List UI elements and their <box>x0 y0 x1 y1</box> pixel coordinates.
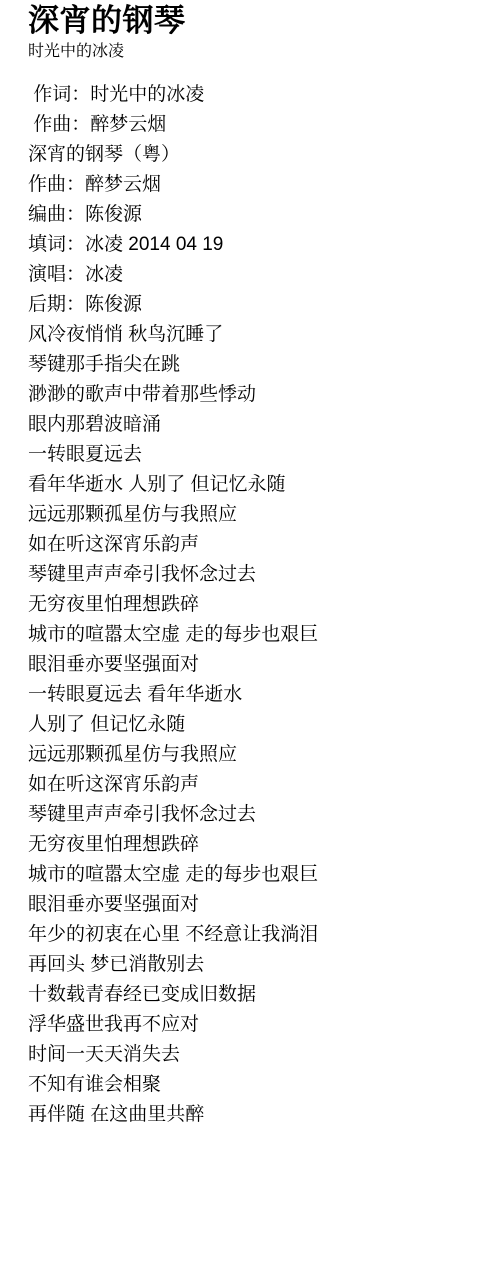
lyric-line: 眼泪垂亦要坚强面对 <box>28 650 482 680</box>
lyric-line: 演唱：冰凌 <box>28 260 482 290</box>
lyric-line: 作曲：醉梦云烟 <box>28 110 482 140</box>
lyric-line: 人别了 但记忆永随 <box>28 710 482 740</box>
lyric-line: 编曲：陈俊源 <box>28 200 482 230</box>
lyric-line: 琴键里声声牵引我怀念过去 <box>28 560 482 590</box>
lyric-line: 远远那颗孤星仿与我照应 <box>28 740 482 770</box>
artist-name: 时光中的冰凌 <box>28 41 482 63</box>
lyric-line: 琴键那手指尖在跳 <box>28 350 482 380</box>
lyric-line: 如在听这深宵乐韵声 <box>28 530 482 560</box>
lyric-line: 城市的喧嚣太空虚 走的每步也艰巨 <box>28 860 482 890</box>
lyric-line: 琴键里声声牵引我怀念过去 <box>28 800 482 830</box>
lyric-line: 再伴随 在这曲里共醉 <box>28 1100 482 1130</box>
lyric-line: 再回头 梦已消散别去 <box>28 950 482 980</box>
lyrics-page: 深宵的钢琴 时光中的冰凌 作词：时光中的冰凌 作曲：醉梦云烟深宵的钢琴（粤）作曲… <box>0 0 500 1130</box>
lyric-line: 作词：时光中的冰凌 <box>28 80 482 110</box>
lyrics-list: 作词：时光中的冰凌 作曲：醉梦云烟深宵的钢琴（粤）作曲：醉梦云烟编曲：陈俊源填词… <box>28 80 482 1130</box>
lyric-line: 城市的喧嚣太空虚 走的每步也艰巨 <box>28 620 482 650</box>
lyric-line: 看年华逝水 人别了 但记忆永随 <box>28 470 482 500</box>
song-title: 深宵的钢琴 <box>28 2 482 40</box>
lyric-line: 年少的初衷在心里 不经意让我淌泪 <box>28 920 482 950</box>
lyric-line: 浮华盛世我再不应对 <box>28 1010 482 1040</box>
lyric-line: 一转眼夏远去 看年华逝水 <box>28 680 482 710</box>
lyric-line: 后期：陈俊源 <box>28 290 482 320</box>
lyric-line: 时间一天天消失去 <box>28 1040 482 1070</box>
lyric-line: 填词：冰凌 2014 04 19 <box>28 230 482 260</box>
lyric-line: 无穷夜里怕理想跌碎 <box>28 830 482 860</box>
lyric-line: 如在听这深宵乐韵声 <box>28 770 482 800</box>
lyric-line: 远远那颗孤星仿与我照应 <box>28 500 482 530</box>
lyric-line: 风冷夜悄悄 秋鸟沉睡了 <box>28 320 482 350</box>
lyric-line: 不知有谁会相聚 <box>28 1070 482 1100</box>
lyric-line: 十数载青春经已变成旧数据 <box>28 980 482 1010</box>
lyric-line: 眼内那碧波暗涌 <box>28 410 482 440</box>
lyric-line: 深宵的钢琴（粤） <box>28 140 482 170</box>
lyric-line: 无穷夜里怕理想跌碎 <box>28 590 482 620</box>
lyric-line: 一转眼夏远去 <box>28 440 482 470</box>
lyric-line: 渺渺的歌声中带着那些悸动 <box>28 380 482 410</box>
lyric-line: 眼泪垂亦要坚强面对 <box>28 890 482 920</box>
lyric-line: 作曲：醉梦云烟 <box>28 170 482 200</box>
